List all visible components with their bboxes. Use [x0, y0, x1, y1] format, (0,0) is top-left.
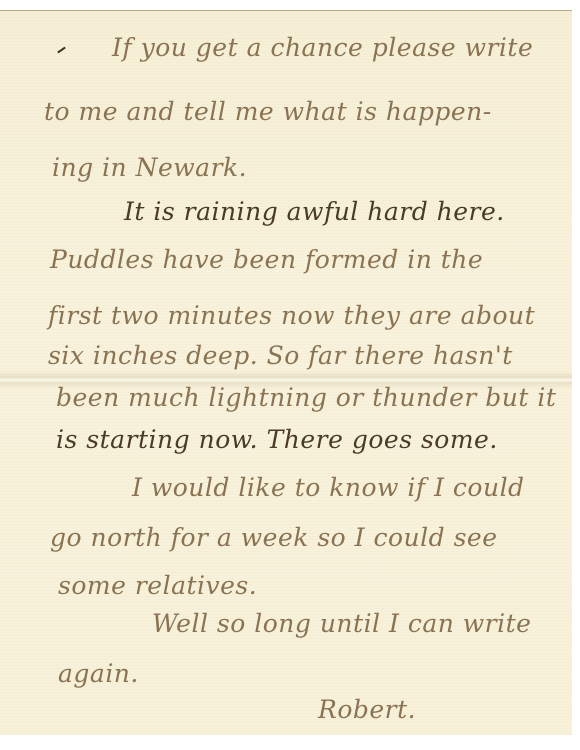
letter-line: Puddles have been formed in the	[50, 245, 483, 274]
letter-line: first two minutes now they are about	[48, 301, 535, 330]
letter-line: Well so long until I can write	[152, 609, 531, 638]
letter-line: again.	[58, 659, 139, 688]
letter-line: some relatives.	[58, 571, 257, 600]
letter-line: to me and tell me what is happen-	[44, 97, 492, 126]
letter-line: six inches deep. So far there hasn't	[48, 341, 513, 370]
letter-line: is starting now. There goes some.	[56, 425, 498, 454]
letter-line: ing in Newark.	[52, 153, 247, 182]
letter-line: go north for a week so I could see	[50, 523, 498, 552]
signature: Robert.	[318, 695, 416, 724]
ink-mark	[57, 47, 66, 54]
letter-line: I would like to know if I could	[132, 473, 525, 502]
letter-line: If you get a chance please write	[112, 33, 533, 62]
letter-line: been much lightning or thunder but it	[56, 383, 556, 412]
letter-line: It is raining awful hard here.	[124, 197, 505, 226]
letter-page: If you get a chance please write to me a…	[0, 10, 572, 735]
